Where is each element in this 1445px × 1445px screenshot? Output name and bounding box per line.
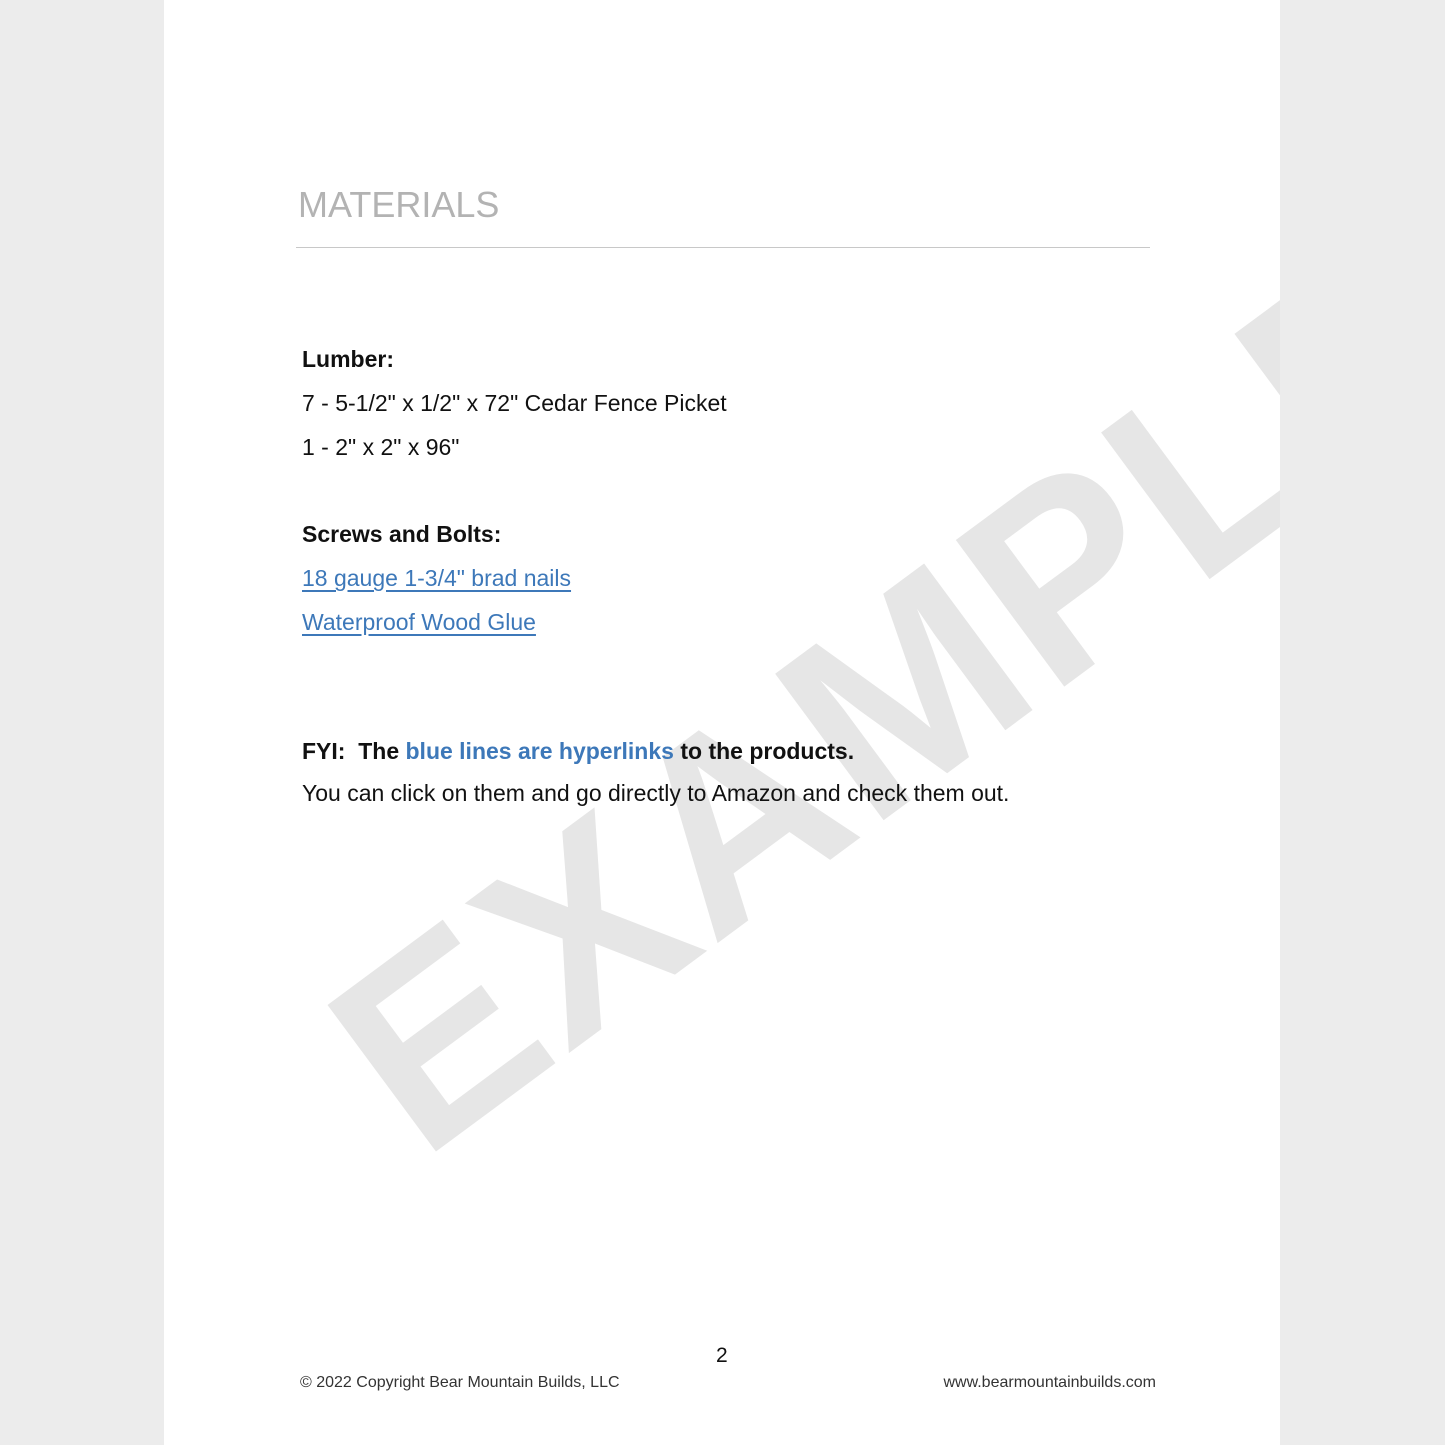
screws-section-title: Screws and Bolts: xyxy=(302,521,501,548)
fyi-highlight: blue lines are hyperlinks xyxy=(406,738,674,764)
fyi-subtext: You can click on them and go directly to… xyxy=(302,780,1009,807)
page-content: MATERIALS Lumber: 7 - 5-1/2" x 1/2" x 72… xyxy=(164,0,1280,1445)
page-number: 2 xyxy=(716,1344,728,1368)
footer-copyright: © 2022 Copyright Bear Mountain Builds, L… xyxy=(300,1374,620,1392)
page-title: MATERIALS xyxy=(298,184,499,226)
heading-divider xyxy=(296,247,1150,248)
lumber-item: 7 - 5-1/2" x 1/2" x 72" Cedar Fence Pick… xyxy=(302,390,727,417)
fyi-prefix: FYI: The xyxy=(302,738,406,764)
brad-nails-link[interactable]: 18 gauge 1-3/4" brad nails xyxy=(302,565,571,592)
lumber-item: 1 - 2" x 2" x 96" xyxy=(302,434,459,461)
footer-website: www.bearmountainbuilds.com xyxy=(943,1374,1156,1392)
wood-glue-link[interactable]: Waterproof Wood Glue xyxy=(302,609,536,636)
fyi-note: FYI: The blue lines are hyperlinks to th… xyxy=(302,738,854,765)
document-page: EXAMPLE MATERIALS Lumber: 7 - 5-1/2" x 1… xyxy=(164,0,1280,1445)
fyi-suffix: to the products. xyxy=(674,738,854,764)
lumber-section-title: Lumber: xyxy=(302,346,394,373)
